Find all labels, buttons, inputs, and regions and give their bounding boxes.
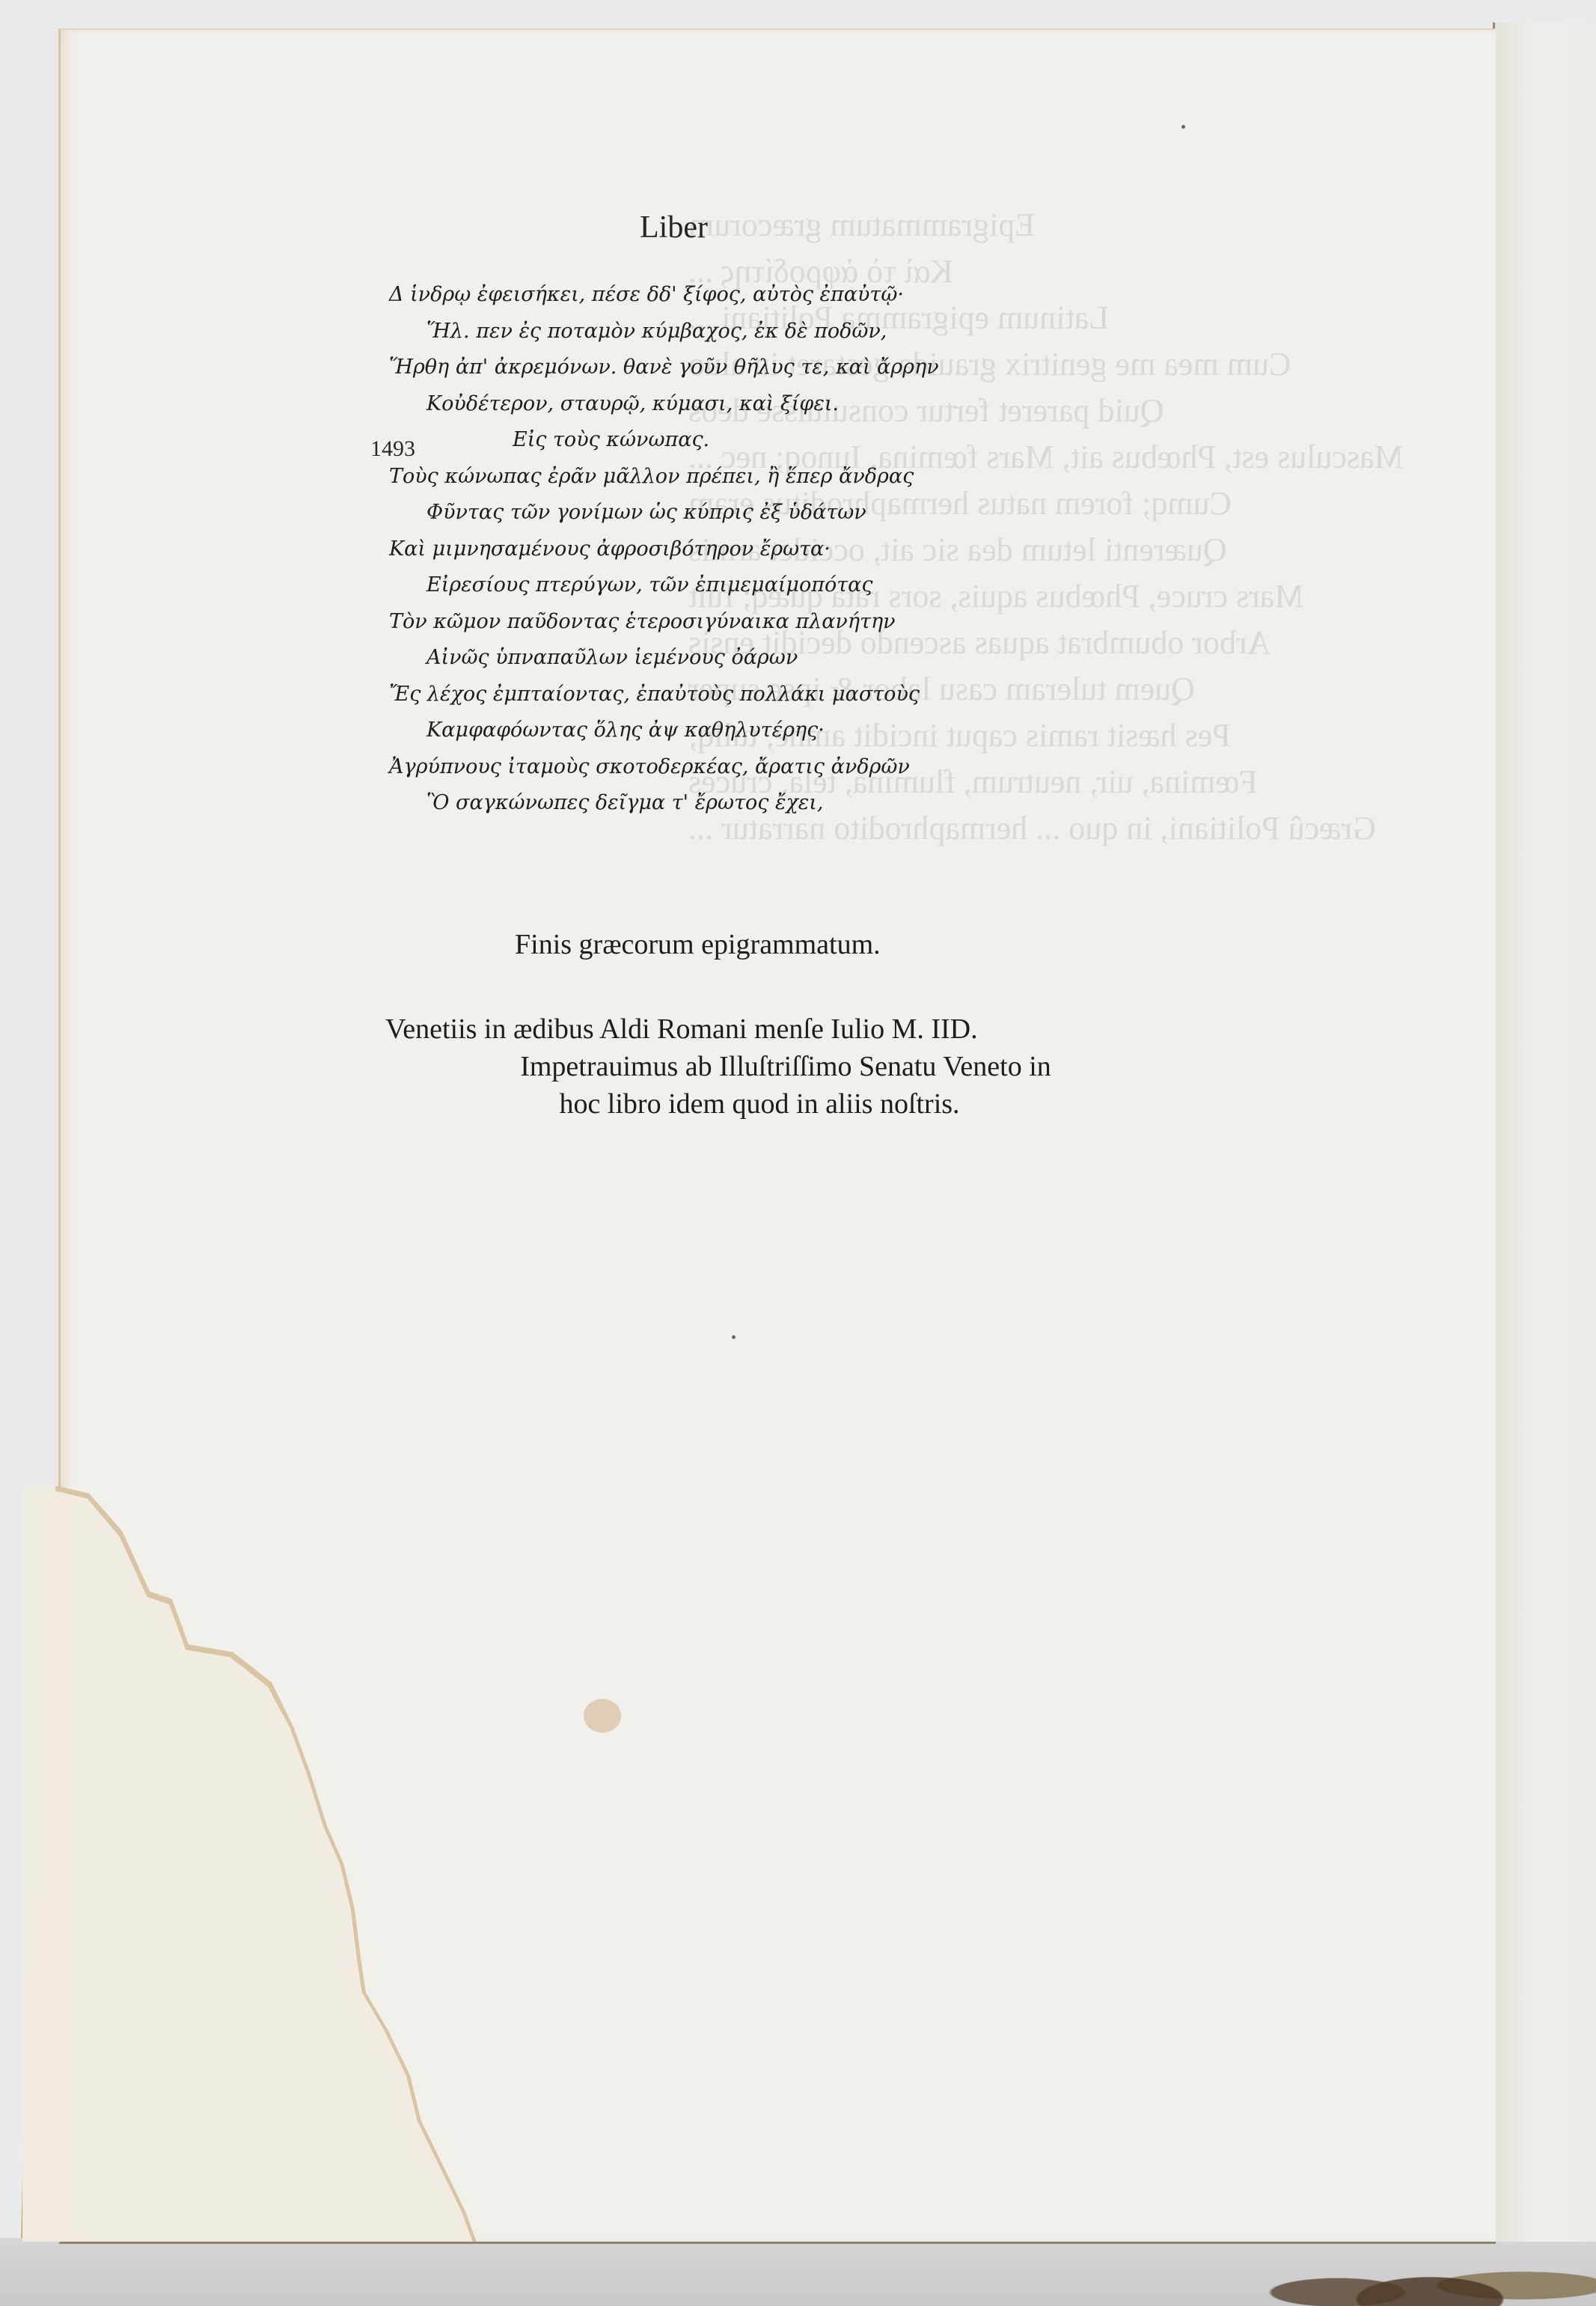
verse-line: Κοὐδέτερον, σταυρῷ, κύμασι, καὶ ξίφει.	[389, 386, 988, 423]
greek-epigrams: Δ ἱνδρῳ ἐφεισήκει, πέσε δδ' ξίφος, αὐτὸς…	[389, 277, 988, 822]
verse-line: Εἰρεσίους πτερύγων, τῶν ἐπιμεμαίμοπότας	[389, 567, 988, 604]
running-head: Liber	[640, 210, 708, 245]
verse-line: Ἀγρύπνους ἰταμοὺς σκοτοδερκέας, ἄρατις ἀ…	[389, 749, 988, 786]
colophon-line: Impetrauimus ab Illuſtriſſimo Senatu Ven…	[385, 1048, 1164, 1085]
epigram-title: Εἰς τοὺς κώνωπας.	[389, 422, 988, 459]
colophon: Venetiis in ædibus Aldi Romani menſe Iul…	[385, 1010, 1164, 1123]
ink-speck	[1181, 125, 1185, 129]
verse-line: Καὶ μιμνησαμένους ἀφροσιβότηρον ἔρωτα·	[389, 531, 988, 568]
colophon-line: Venetiis in ædibus Aldi Romani menſe Iul…	[385, 1010, 1164, 1048]
ink-speck	[732, 1335, 736, 1339]
verse-line: Φῦντας τῶν γονίμων ὡς κύπρις ἐξ ὑδάτων	[389, 495, 988, 531]
colophon-line: hoc libro idem quod in aliis noſtris.	[385, 1085, 1164, 1123]
verse-line: Ἔς λέχος ἐμπταίοντας, ἐπαὐτοὺς πολλάκι μ…	[389, 677, 988, 713]
verse-line: Ὃ σαγκώνωπες δεῖγμα τ' ἔρωτος ἔχει,	[389, 785, 988, 822]
finis-line: Finis græcorum epigrammatum.	[515, 928, 881, 961]
verse-line: Δ ἱνδρῳ ἐφεισήκει, πέσε δδ' ξίφος, αὐτὸς…	[389, 277, 988, 314]
verse-line: Τὸν κῶμον παῦδοντας ἑτεροσιγύναικα πλανή…	[389, 604, 988, 641]
verse-line: Αἰνῶς ὑπναπαῦλων ἱεμένους ὀάρων	[389, 640, 988, 677]
verse-line: Ἥρθη ἀπ' ἀκρεμόνων. θανὲ γοῦν θῆλυς τε, …	[389, 350, 988, 386]
page-content: Liber 1493 Δ ἱνδρῳ ἐφεισήκει, πέσε δδ' ξ…	[0, 0, 1596, 2306]
verse-line: Ἥλ. πεν ἐς ποταμὸν κύμβαχος, ἐκ δὲ ποδῶν…	[389, 314, 988, 350]
verse-line: Καμφαφόωντας ὅλης ἀψ καθηλυτέρης·	[389, 713, 988, 749]
verse-line: Τοὺς κώνωπας ἐρᾶν μᾶλλον πρέπει, ἢ ἕπερ …	[389, 459, 988, 495]
